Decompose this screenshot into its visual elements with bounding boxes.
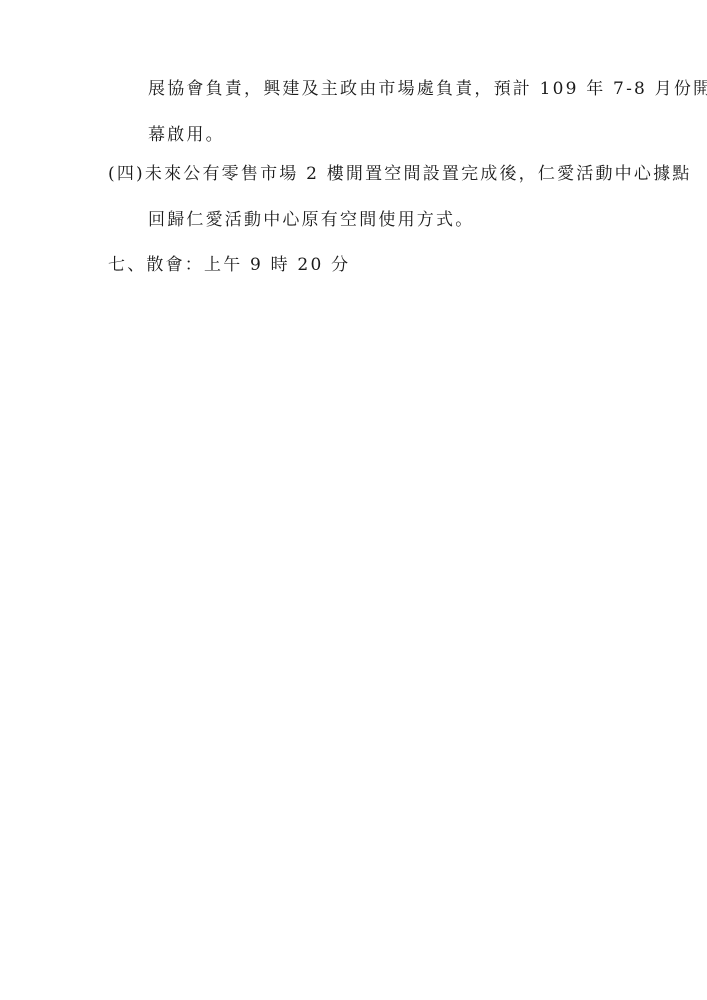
paragraph-line: 幕啟用。 [148,124,225,146]
list-item-four: (四)未來公有零售市場 2 樓閒置空間設置完成後，仁愛活動中心據點 [108,163,692,185]
section-adjournment: 七、散會：上午 9 時 20 分 [108,254,350,276]
paragraph-line: 回歸仁愛活動中心原有空間使用方式。 [148,209,474,231]
paragraph-line: 展協會負責，興建及主政由市場處負責，預計 109 年 7-8 月份開 [148,78,707,100]
